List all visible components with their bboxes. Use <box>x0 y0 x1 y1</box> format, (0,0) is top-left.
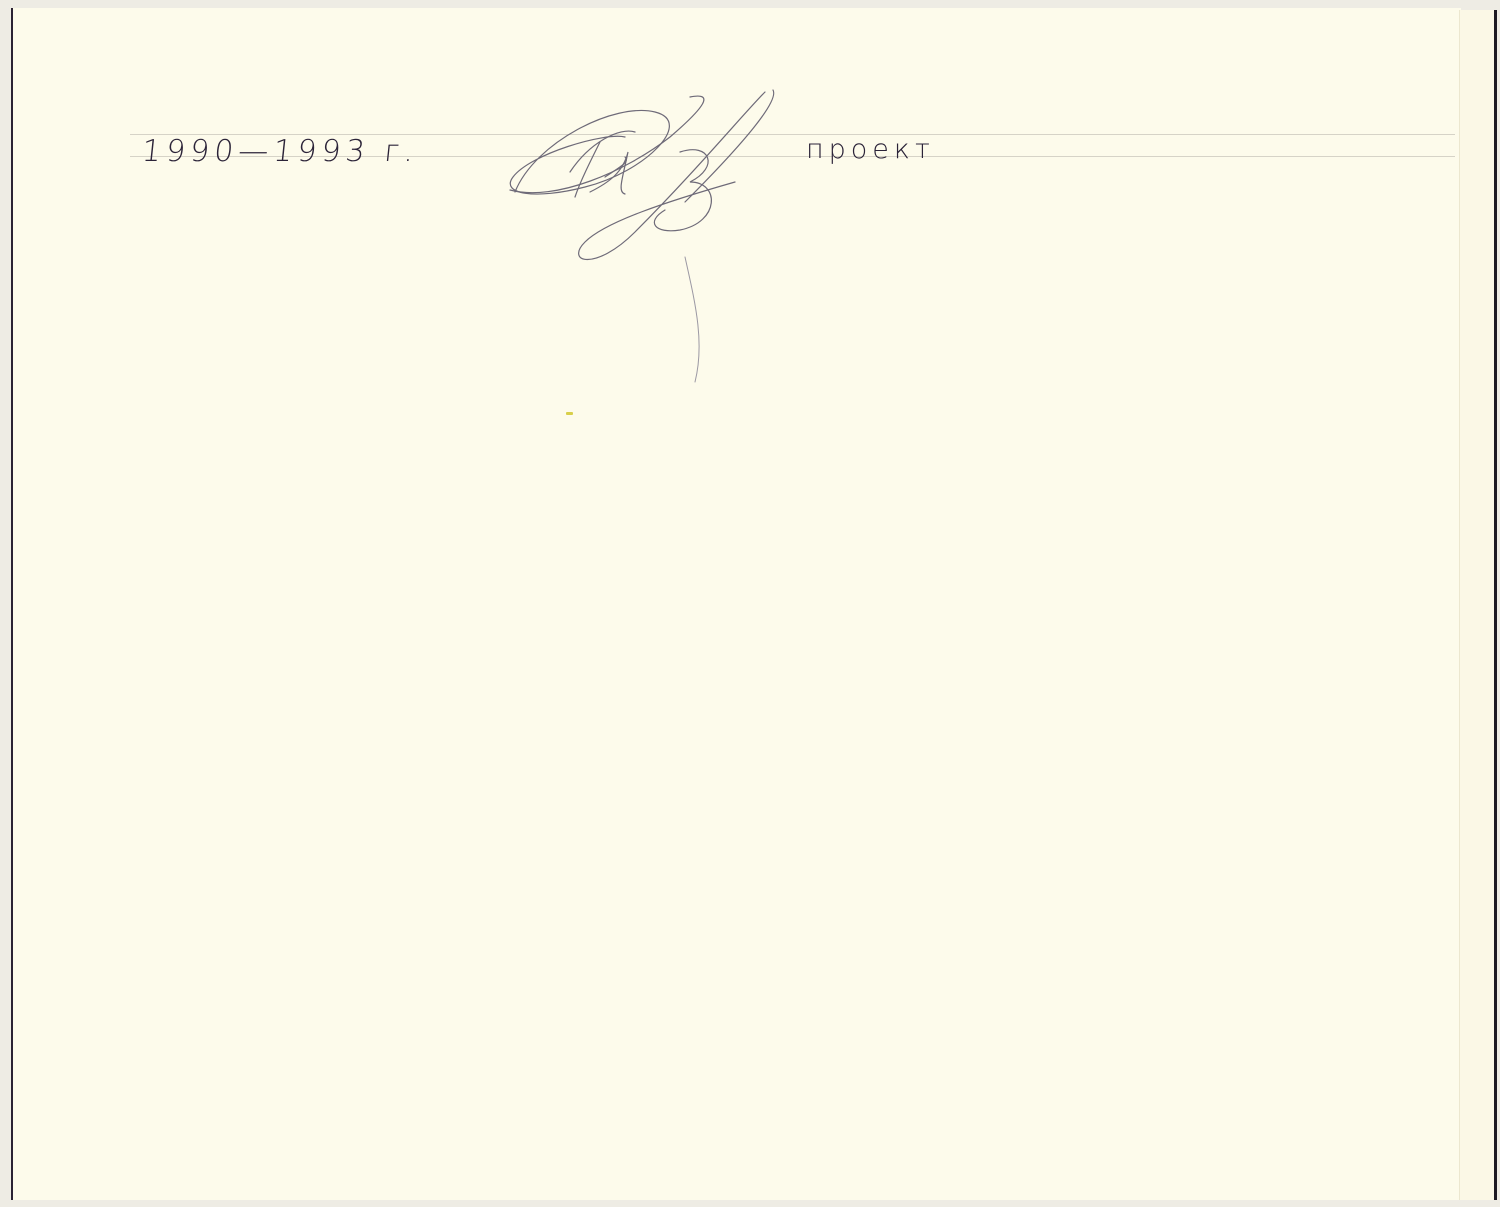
paper-right-edge <box>1459 10 1497 1200</box>
signature-icon <box>495 82 785 392</box>
handwritten-project-label: проект <box>806 134 935 165</box>
handwritten-date-range: 1990—1993 г. <box>140 134 420 169</box>
paper-speck <box>566 412 573 415</box>
